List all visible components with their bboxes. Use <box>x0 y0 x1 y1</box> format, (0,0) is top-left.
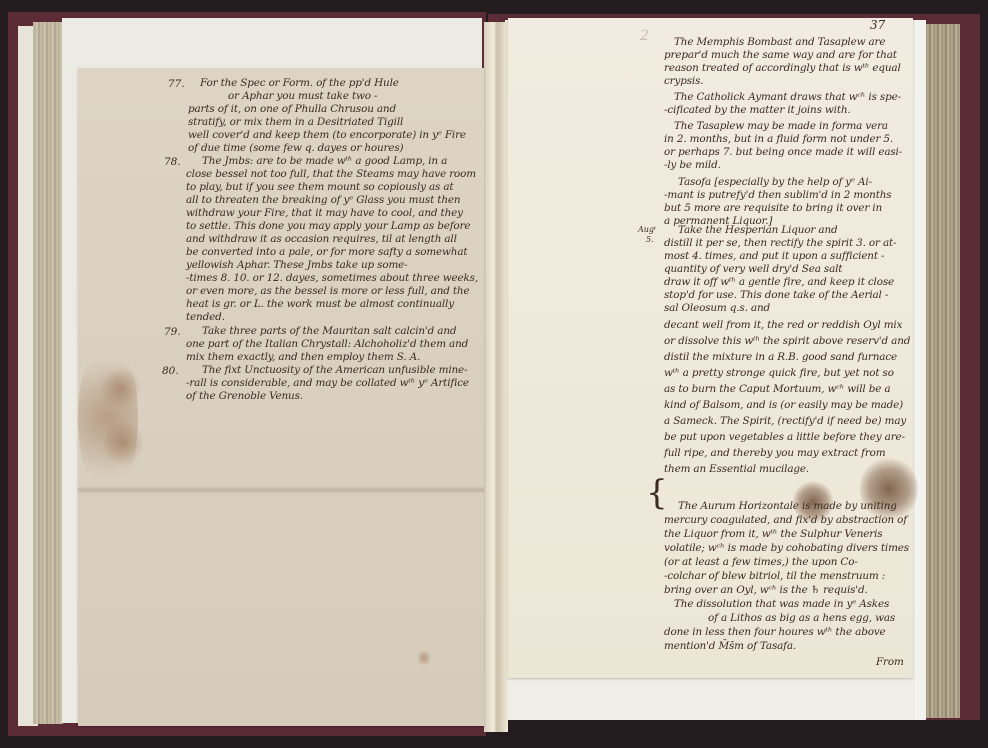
manuscript-line: of the Grenoble Venus. <box>186 390 303 403</box>
manuscript-line: The fixt Unctuosity of the American unfu… <box>202 364 467 377</box>
manuscript-line: decant well from it, the red or reddish … <box>664 319 902 332</box>
manuscript-line: distil the mixture in a R.B. good sand f… <box>664 351 897 364</box>
manuscript-line: mercury coagulated, and fix'd by abstrac… <box>664 514 907 527</box>
catchword: From <box>876 656 904 669</box>
manuscript-line: The dissolution that was made in yᵉ Aske… <box>674 598 889 611</box>
manuscript-line: The Jmbs: are to be made wᵗʰ a good Lamp… <box>202 155 447 168</box>
manuscript-line: or dissolve this wᵗʰ the spirit above re… <box>664 335 910 348</box>
foxing-stain <box>103 418 143 468</box>
manuscript-line: (or at least a few times,) the upon Co- <box>664 556 858 569</box>
manuscript-line: of due time (some few q. dayes or houres… <box>188 142 403 155</box>
manuscript-line: them an Essential mucilage. <box>664 463 809 476</box>
manuscript-line: parts of it, on one of Phulla Chrusou an… <box>188 103 396 116</box>
entry-number: 79. <box>164 326 181 338</box>
folio-number: 37 <box>870 18 885 32</box>
entry-number: 80. <box>162 365 179 377</box>
left-manuscript-leaf: 77. For the Spec or Form. of the pp'd Hu… <box>78 68 484 726</box>
manuscript-line: mix them exactly, and then employ them S… <box>186 351 420 364</box>
right-manuscript-leaf: 37 2 The Memphis Bombast and Tasaplew ar… <box>508 18 913 678</box>
manuscript-line: be put upon vegetables a little before t… <box>664 431 905 444</box>
manuscript-line: Tasofa [especially by the help of yᵉ Ai- <box>678 176 872 189</box>
manuscript-line: close bessel not too full, that the Stea… <box>186 168 476 181</box>
manuscript-line: the Liquor from it, wᵗʰ the Sulphur Vene… <box>664 528 882 541</box>
manuscript-line: in 2. months, but in a fluid form not un… <box>664 133 893 146</box>
manuscript-line: but 5 more are requisite to bring it ove… <box>664 202 882 215</box>
manuscript-line: and withdraw it as occasion requires, ti… <box>186 233 457 246</box>
right-text-block-edge <box>926 24 960 718</box>
manuscript-line: -cificated by the matter it joins with. <box>664 104 851 117</box>
manuscript-line: stop'd for use. This done take of the Ae… <box>664 289 888 302</box>
manuscript-line: to play, but if you see them mount so co… <box>186 181 453 194</box>
entry-number: 78. <box>164 156 181 168</box>
margin-brace: { <box>646 476 668 510</box>
manuscript-line: done in less then four houres wᵗʰ the ab… <box>664 626 886 639</box>
manuscript-line: Take three parts of the Mauritan salt ca… <box>202 325 456 338</box>
manuscript-line: heat is gr. or L. the work must be almos… <box>186 298 454 311</box>
manuscript-line: as to burn the Caput Mortuum, wᶜʰ will b… <box>664 383 890 396</box>
manuscript-line: stratify, or mix them in a Desitriated T… <box>188 116 403 129</box>
manuscript-line: -times 8. 10. or 12. dayes, sometimes ab… <box>186 272 478 285</box>
manuscript-line: withdraw your Fire, that it may have to … <box>186 207 463 220</box>
manuscript-line: -ly be mild. <box>664 159 721 172</box>
manuscript-line: most 4. times, and put it upon a suffici… <box>664 250 884 263</box>
leaf-fold-line <box>78 486 484 494</box>
manuscript-line: For the Spec or Form. of the pp'd Hule <box>200 77 399 90</box>
manuscript-line: -colchar of blew bitriol, til the menstr… <box>664 570 885 583</box>
manuscript-line: yellowish Aphar. These Jmbs take up some… <box>186 259 408 272</box>
manuscript-line: The Tasaplew may be made in forma vera <box>674 120 888 133</box>
water-stain <box>78 338 138 498</box>
manuscript-line: -rall is considerable, and may be collat… <box>186 377 469 390</box>
manuscript-line: all to threaten the breaking of yᵉ Glass… <box>186 194 460 207</box>
manuscript-line: to settle. This done you may apply your … <box>186 220 470 233</box>
ink-spot <box>418 648 430 668</box>
manuscript-line: quantity of very well dry'd Sea salt <box>664 263 842 276</box>
manuscript-line: draw it off wᵗʰ a gentle fire, and keep … <box>664 276 894 289</box>
show-through-number: 2 <box>640 28 649 44</box>
manuscript-line: -mant is putrefy'd then sublim'd in 2 mo… <box>664 189 891 202</box>
manuscript-line: tended. <box>186 311 225 324</box>
manuscript-line: or even more, as the bessel is more or l… <box>186 285 469 298</box>
manuscript-line: prepar'd much the same way and are for t… <box>664 49 897 62</box>
manuscript-line: volatile; wᶜʰ is made by cohobating dive… <box>664 542 909 555</box>
manuscript-line: The Catholick Aymant draws that wᶜʰ is s… <box>674 91 901 104</box>
manuscript-line: wᵗʰ a pretty stronge quick fire, but yet… <box>664 367 894 380</box>
margin-date-note: 5. <box>646 235 654 244</box>
manuscript-line: kind of Balsom, and is (or easily may be… <box>664 399 903 412</box>
manuscript-line: or Aphar you must take two - <box>228 90 377 103</box>
manuscript-line: The Aurum Horizontale is made by uniting <box>678 500 897 513</box>
manuscript-line: be converted into a pale, or for more sa… <box>186 246 467 259</box>
margin-date-note: Augᵗ <box>638 225 656 234</box>
manuscript-line: of a Lithos as big as a hens egg, was <box>708 612 895 625</box>
manuscript-line: or perhaps 7. but being once made it wil… <box>664 146 902 159</box>
book-gutter <box>484 22 508 732</box>
manuscript-line: well cover'd and keep them (to encorpora… <box>188 129 466 142</box>
manuscript-line: mention'd M̄s̄m of Tasafa. <box>664 640 796 653</box>
manuscript-line: crypsis. <box>664 75 703 88</box>
manuscript-line: a Sameck. The Spirit, (rectify'd if need… <box>664 415 906 428</box>
manuscript-line: Take the Hesperian Liquor and <box>678 224 838 237</box>
entry-number: 77. <box>168 78 185 90</box>
manuscript-line: distill it per se, then rectify the spir… <box>664 237 896 250</box>
left-text-block-edge <box>33 22 63 724</box>
manuscript-line: bring over an Oyl, wᶜʰ is the ♄ requis'd… <box>664 584 868 597</box>
foxing-stain <box>98 368 143 408</box>
manuscript-line: reason treated of accordingly that is wᵗ… <box>664 62 901 75</box>
manuscript-line: The Memphis Bombast and Tasaplew are <box>674 36 885 49</box>
manuscript-line: full ripe, and thereby you may extract f… <box>664 447 885 460</box>
manuscript-line: sal Oleosum q.s. and <box>664 302 770 315</box>
manuscript-line: one part of the Italian Chrystall: Alcho… <box>186 338 468 351</box>
